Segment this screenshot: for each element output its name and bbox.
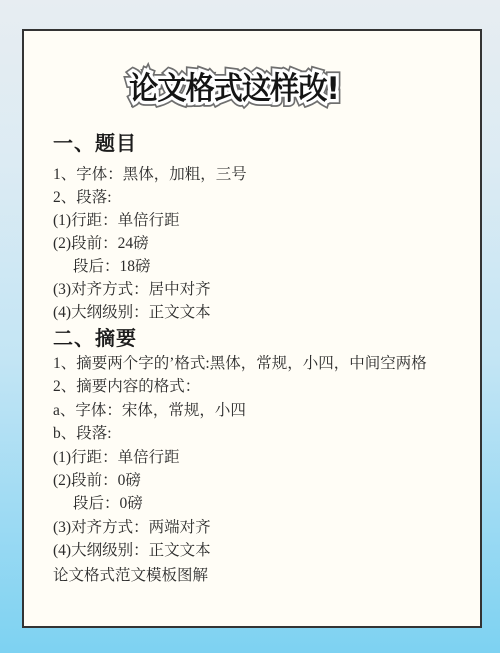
section-2-lines: 1、摘要两个字的’格式:黑体，常规，小四，中间空两格 2、摘要内容的格式： a、… bbox=[53, 352, 451, 563]
format-line: 1、摘要两个字的’格式:黑体，常规，小四，中间空两格 bbox=[53, 352, 451, 375]
page-background: 论文格式这样改! 论文格式这样改! 论文格式这样改! 一、题目 1、字体：黑体，… bbox=[0, 0, 500, 653]
document-card: 论文格式这样改! 论文格式这样改! 论文格式这样改! 一、题目 1、字体：黑体，… bbox=[22, 29, 482, 628]
page-title: 论文格式这样改! 论文格式这样改! 论文格式这样改! bbox=[47, 71, 421, 107]
format-line: (2)段前：24磅 bbox=[53, 232, 451, 255]
format-line: 2、摘要内容的格式： bbox=[53, 375, 451, 398]
format-line: 2、段落: bbox=[53, 186, 451, 209]
format-line: b、段落: bbox=[53, 422, 451, 445]
format-line: 1、字体：黑体，加粗，三号 bbox=[53, 163, 451, 186]
section-1-heading: 一、题目 bbox=[53, 131, 451, 157]
format-line: (3)对齐方式：居中对齐 bbox=[53, 278, 451, 301]
section-1-lines: 1、字体：黑体，加粗，三号 2、段落: (1)行距：单倍行距 (2)段前：24磅… bbox=[53, 163, 451, 324]
format-line: a、字体：宋体，常规，小四 bbox=[53, 399, 451, 422]
format-line: (3)对齐方式：两端对齐 bbox=[53, 516, 451, 539]
format-line: 段后：18磅 bbox=[53, 255, 451, 278]
format-line: (1)行距：单倍行距 bbox=[53, 446, 451, 469]
format-line: (2)段前：0磅 bbox=[53, 469, 451, 492]
title-text: 论文格式这样改! bbox=[129, 71, 339, 107]
format-line: (1)行距：单倍行距 bbox=[53, 209, 451, 232]
section-2-heading: 二、摘要 bbox=[53, 326, 451, 352]
format-line: (4)大纲级别：正文文本 bbox=[53, 539, 451, 562]
format-line: 段后：0磅 bbox=[53, 492, 451, 515]
footer-caption: 论文格式范文模板图解 bbox=[53, 564, 451, 587]
format-line: (4)大纲级别：正文文本 bbox=[53, 301, 451, 324]
